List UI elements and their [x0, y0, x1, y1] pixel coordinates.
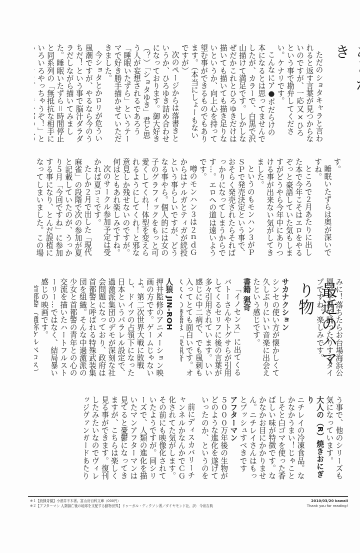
paragraph: 次のページからは落書きというか、ひろゆき詰め合わせになっております。御大好き（？…: [103, 44, 180, 144]
item-text: 「イノセンス」に出てくるバトーさんやトグサらが引用してくるセリフに後の言葉が多々…: [180, 278, 242, 378]
item-label-ryoki: 書籍 猟奇: [242, 278, 252, 378]
paragraph: こんなにア●ポだらけの本になるとは思ってませんでしたが、カラーで、白黒で沢山描け…: [180, 44, 276, 144]
afterword-band-3-left: 人狼 JIN-ROH 押井監修のアニメーション映画の方です。ゲームじゃないよ。第…: [34, 278, 174, 378]
item-text: ５０００万年後の生物がどのような進化を遂げていったのか、というのをコンセプトにし…: [200, 396, 229, 484]
paragraph: ただのショタキャラと言われると返す言葉が見つからないのですが、一応又×ひろという…: [276, 44, 324, 144]
recent-obsessions-list: サカナクション シンセの使い方が懐かしくて久しぶりにいい音楽に出会えたという感じ…: [180, 278, 290, 378]
paragraph: 今ショタとかロリが危うい風潮ですが、やるなら今のうちだ！という事で脳汁ダラダラだ…: [34, 44, 103, 144]
item-label-yakionigiri: 大人の（R）焼きおにぎり: [306, 396, 325, 484]
paragraph: 睡眠いたずらは奥が深いですね。: [313, 158, 332, 258]
signature-thanks: Thank you for reading!: [307, 504, 348, 509]
afterword-band-2: す。 睡眠いたずらは奥が深いですね。 ところで２月あたりに出した本で今年こそはエ…: [34, 158, 342, 258]
item-text: ニチレイの冷凍食品。なかなかうまい！じゃことしそと白ゴマを使った香ばしい味が特徴…: [238, 396, 305, 484]
afterword-page: あとがき ただのショタキャラと言われると返す言葉が見つからないのですが、一応又×…: [0, 0, 360, 553]
item-text: シンセの使い方が懐かしくて久しぶりにいい音楽に出会えたという感じです。: [252, 278, 281, 378]
paragraph: ところで２月あたりに出した本で今年こそはエロをやるぞっと豪語していた気もしますが…: [256, 158, 314, 258]
paragraph: 噂のモンハン３は２ｎｄＧからはナルガとティガが続投という事らしいですが、どうなる…: [112, 158, 198, 258]
paragraph: というのもモンハン３がＰＳＰで発売決定という事で、おそらく発売されたらそればっか…: [198, 158, 256, 258]
paragraph: す。: [332, 158, 342, 258]
signature-date-text: 2010/03/20 kawaii: [311, 499, 348, 503]
item-label-jinroh: 人狼 JIN-ROH: [164, 278, 174, 378]
item-label-afterman: アフターマン: [229, 396, 239, 484]
paragraph: 前にディスカバリーチャンネルかなんかでＣＧ化されてた気がします。その前にも映像化…: [84, 396, 196, 484]
item-text: 首都警（通称ケルベロス）のプロテクトギアがまたカッコいいんです！この作品はケルベ…: [34, 278, 40, 378]
footer-divider: [28, 496, 348, 497]
afterword-title: あとがき: [332, 44, 360, 104]
paragraph: う事で、他のシリーズも気になっています。: [325, 396, 344, 484]
section-heading-recent-obsessions: 最近のハマり物: [294, 282, 340, 382]
footnote-2: ※２【アフターマン 人類滅亡後の地球を支配する動物世界】ドゥーガル・ディクソン著…: [30, 504, 213, 509]
item-text: 押井監修のアニメーション映画の方です。ゲームじゃないよ。第二次世界大戦に敗戦し、…: [40, 278, 165, 378]
afterword-band-4-right: う事で、他のシリーズも気になっています。 大人の（R）焼きおにぎり ニチレイの冷…: [200, 396, 344, 484]
afterword-band-4-left: 前にディスカバリーチャンネルかなんかでＣＧ化されてた気がします。その前にも映像化…: [84, 396, 196, 484]
paragraph: たしか２月で出した「現代麻雀」の段階で次の参加が夏と記載していたのが、うっかり５…: [34, 158, 93, 258]
item-label-sakanaction: サカナクション: [280, 278, 290, 378]
afterword-band-1: ただのショタキャラと言われると返す言葉が見つからないのですが、一応又×ひろという…: [34, 44, 324, 144]
paragraph: 次のサークル参加予定は受かれば夏コミです。: [93, 158, 112, 258]
